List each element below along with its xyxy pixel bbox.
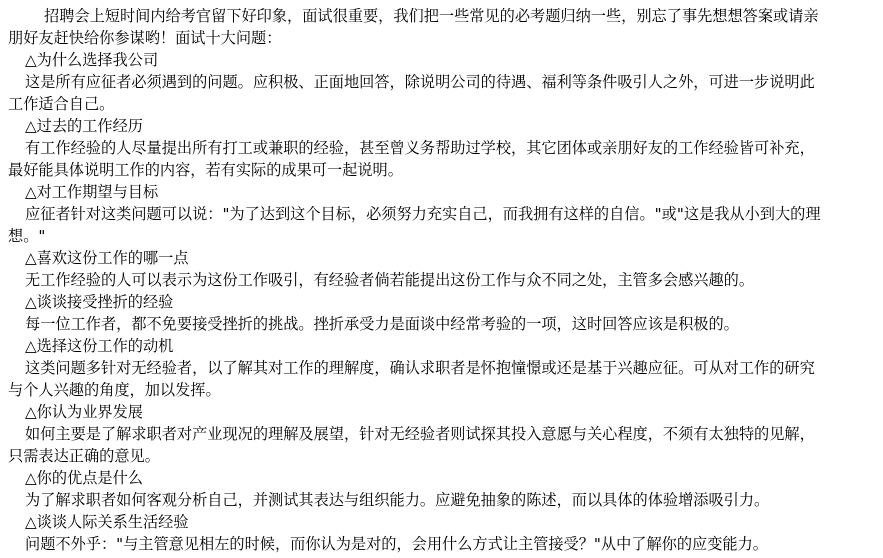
section-body-line: 只需表达正确的意见。 — [8, 445, 878, 467]
intro-paragraph-line: 招聘会上短时间内给考官留下好印象，面试很重要，我们把一些常见的必考题归纳一些，别… — [8, 5, 878, 27]
section-body-line: 如何主要是了解求职者对产业现况的理解及展望，针对无经验者则试探其投入意愿与关心程… — [8, 423, 878, 445]
section-body-line: 工作适合自己。 — [8, 93, 878, 115]
section-body-line: 与个人兴趣的角度，加以发挥。 — [8, 379, 878, 401]
section-body-line: 这是所有应征者必须遇到的问题。应积极、正面地回答，除说明公司的待遇、福利等条件吸… — [8, 71, 878, 93]
section-body-line: 想。" — [8, 225, 878, 247]
section-body-line: 为了解求职者如何客观分析自己，并测试其表达与组织能力。应避免抽象的陈述，而以具体… — [8, 489, 878, 511]
section-heading: △谈谈接受挫折的经验 — [8, 291, 878, 313]
section-body-line: 有工作经验的人尽量提出所有打工或兼职的经验，甚至曾义务帮助过学校，其它团体或亲朋… — [8, 137, 878, 159]
section-body-line: 最好能具体说明工作的内容，若有实际的成果可一起说明。 — [8, 159, 878, 181]
section-body-line: 无工作经验的人可以表示为这份工作吸引，有经验者倘若能提出这份工作与众不同之处，主… — [8, 269, 878, 291]
section-heading: △你的优点是什么 — [8, 467, 878, 489]
section-heading: △过去的工作经历 — [8, 115, 878, 137]
section-heading: △为什么选择我公司 — [8, 49, 878, 71]
article-body: 招聘会上短时间内给考官留下好印象，面试很重要，我们把一些常见的必考题归纳一些，别… — [8, 5, 878, 555]
section-body-line: 应征者针对这类问题可以说："为了达到这个目标，必须努力充实自己，而我拥有这样的自… — [8, 203, 878, 225]
intro-paragraph-line: 朋好友赶快给你参谋哟！面试十大问题： — [8, 27, 878, 49]
section-heading: △对工作期望与目标 — [8, 181, 878, 203]
section-heading: △你认为业界发展 — [8, 401, 878, 423]
section-body-line: 问题不外乎："与主管意见相左的时候，而你认为是对的，会用什么方式让主管接受？"从… — [8, 533, 878, 555]
section-heading: △喜欢这份工作的哪一点 — [8, 247, 878, 269]
section-heading: △选择这份工作的动机 — [8, 335, 878, 357]
section-body-line: 这类问题多针对无经验者，以了解其对工作的理解度，确认求职者是怀抱憧憬或还是基于兴… — [8, 357, 878, 379]
section-body-line: 每一位工作者，都不免要接受挫折的挑战。挫折承受力是面谈中经常考验的一项，这时回答… — [8, 313, 878, 335]
section-heading: △谈谈人际关系生活经验 — [8, 511, 878, 533]
